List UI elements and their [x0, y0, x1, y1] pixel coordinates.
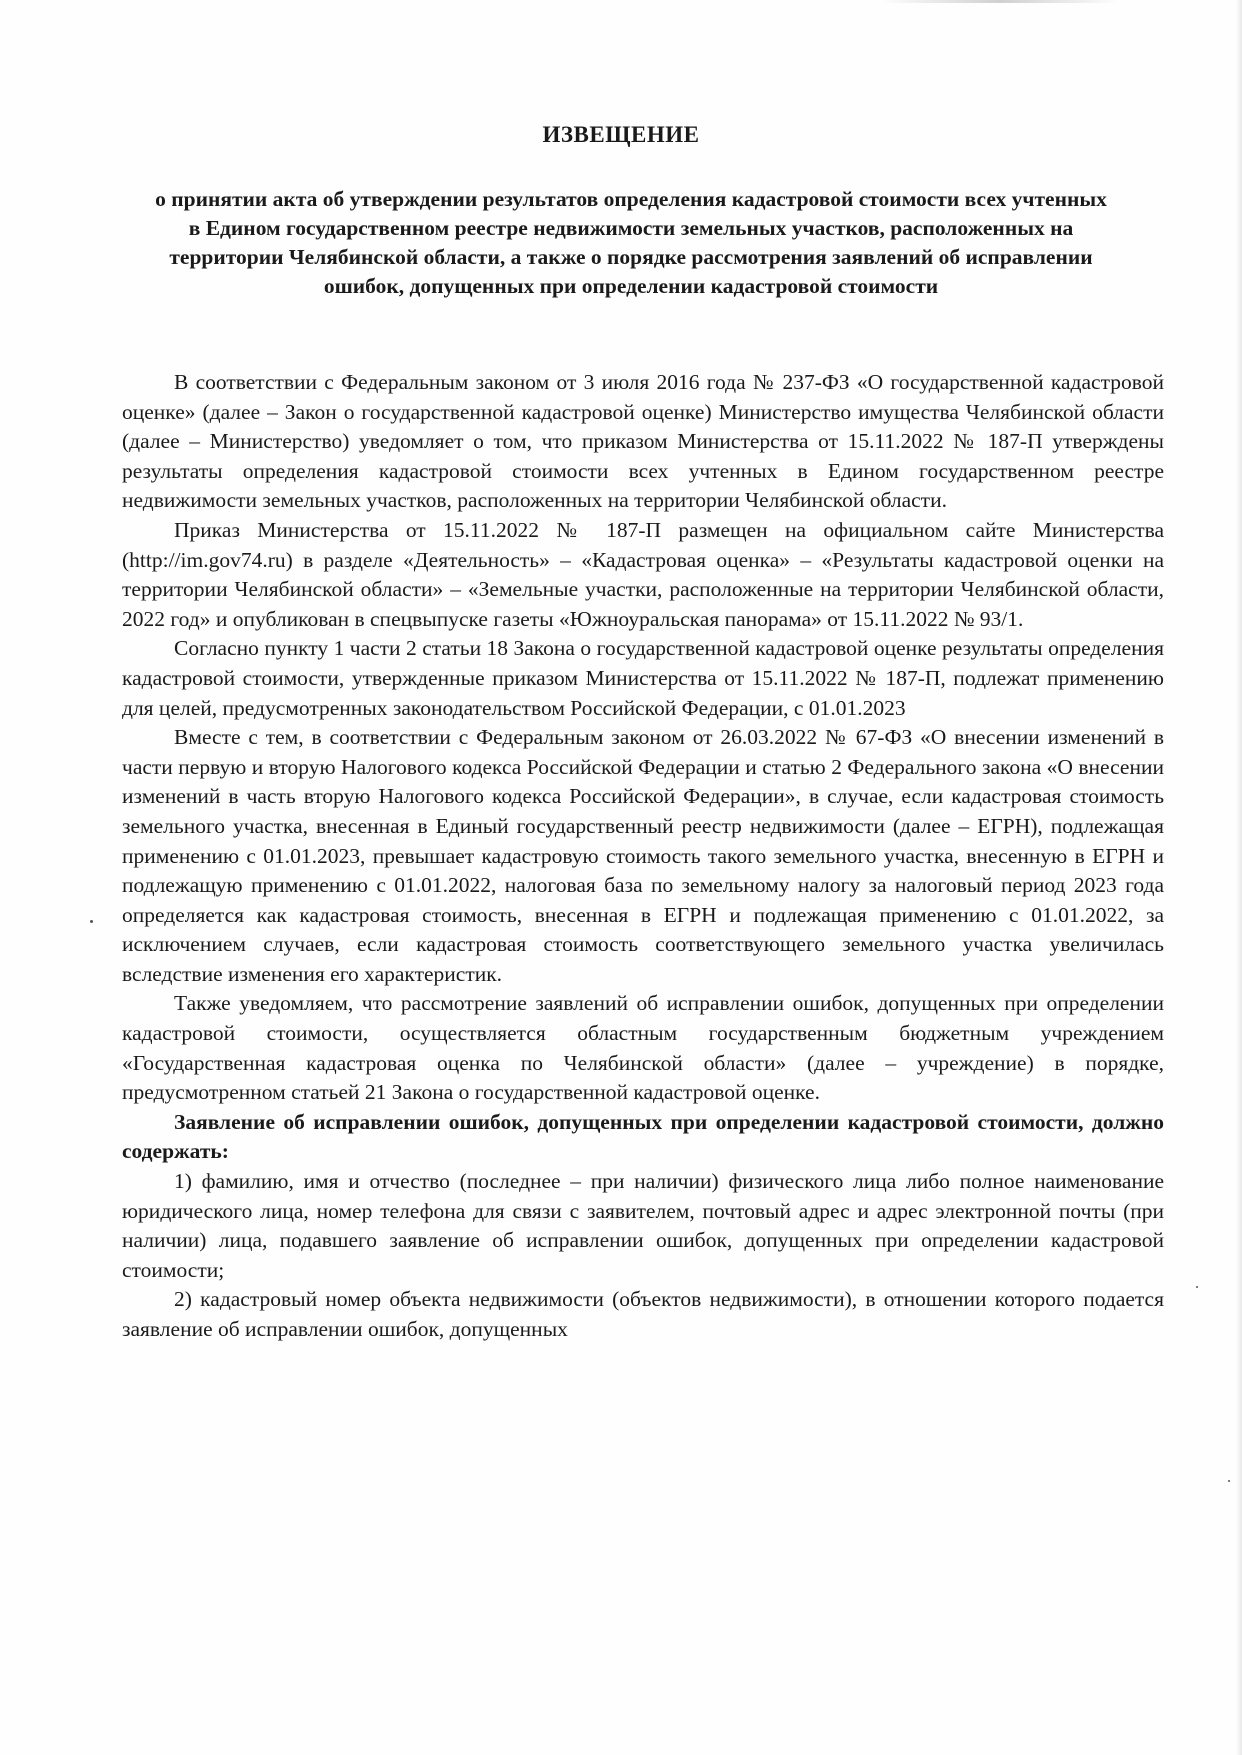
paragraph-law-reference: В соответствии с Федеральным законом от …: [122, 368, 1164, 516]
paragraph-error-review: Также уведомляем, что рассмотрение заявл…: [122, 989, 1164, 1107]
document-subtitle: о принятии акта об утверждении результат…: [150, 185, 1112, 301]
paragraph-publication: Приказ Министерства от 15.11.2022 № 187-…: [122, 516, 1164, 634]
requirement-item-2: 2) кадастровый номер объекта недвижимост…: [122, 1285, 1164, 1344]
requirement-item-1: 1) фамилию, имя и отчество (последнее – …: [122, 1167, 1164, 1285]
requirements-heading: Заявление об исправлении ошибок, допущен…: [122, 1108, 1164, 1167]
document-body: В соответствии с Федеральным законом от …: [122, 368, 1164, 1344]
paragraph-application-date: Согласно пункту 1 части 2 статьи 18 Зако…: [122, 634, 1164, 723]
page-edge-shadow: [1236, 0, 1242, 1755]
scan-speck: [90, 920, 93, 923]
paragraph-tax-base: Вместе с тем, в соответствии с Федеральн…: [122, 723, 1164, 989]
scan-artifact: [880, 0, 1120, 3]
scan-speck: [1228, 1480, 1230, 1482]
document-title: ИЗВЕЩЕНИЕ: [0, 122, 1242, 148]
document-page: ИЗВЕЩЕНИЕ о принятии акта об утверждении…: [0, 0, 1242, 1755]
scan-speck: [1196, 1286, 1198, 1288]
